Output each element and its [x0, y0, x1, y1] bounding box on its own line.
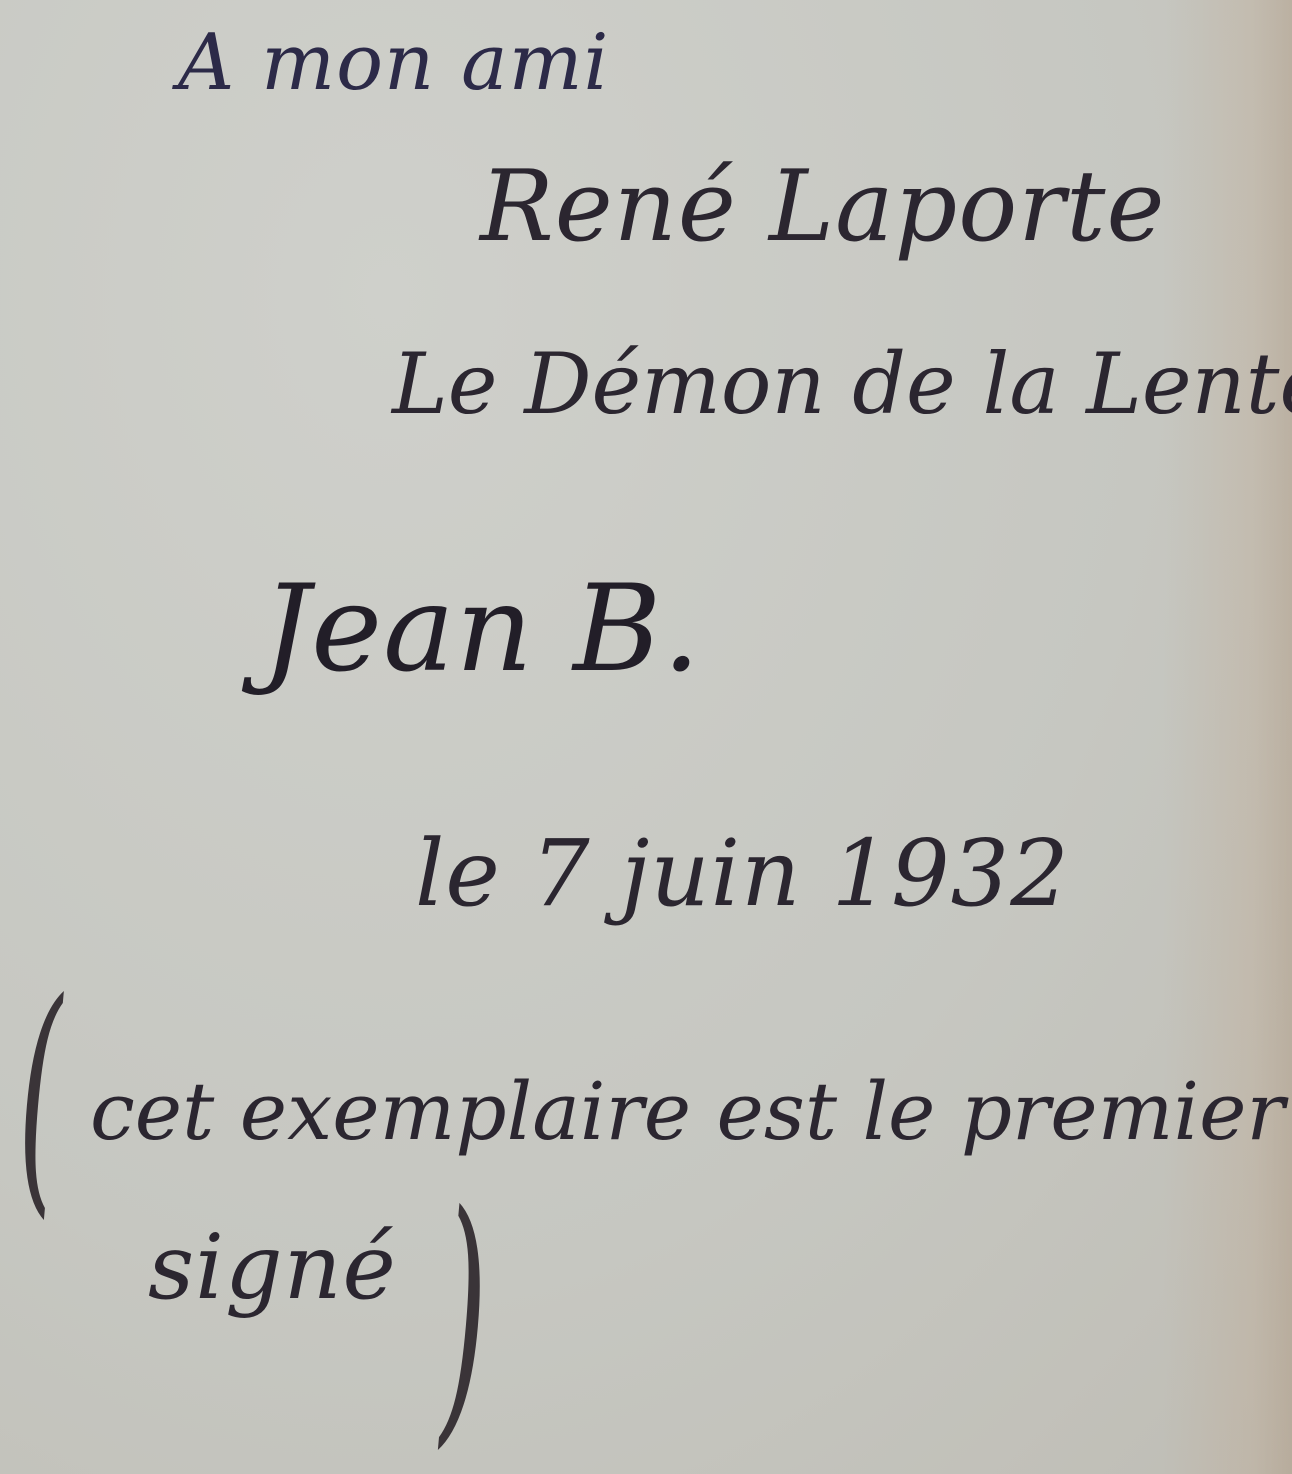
author-signature: Jean B.	[262, 560, 701, 699]
book-flyleaf-page: A mon ami René Laporte Le Démon de la Le…	[0, 0, 1292, 1474]
open-parenthesis: (	[18, 970, 62, 1220]
close-parenthesis: )	[440, 1180, 487, 1450]
copy-note-line-2: signé	[148, 1215, 397, 1320]
dedication-salutation: A mon ami	[178, 18, 610, 108]
dedication-date: le 7 juin 1932	[415, 820, 1070, 927]
book-title: Le Démon de la Lenteur	[392, 335, 1292, 433]
copy-note-line-1: cet exemplaire est le premier	[90, 1065, 1285, 1158]
dedicatee-name: René Laporte	[480, 150, 1166, 264]
